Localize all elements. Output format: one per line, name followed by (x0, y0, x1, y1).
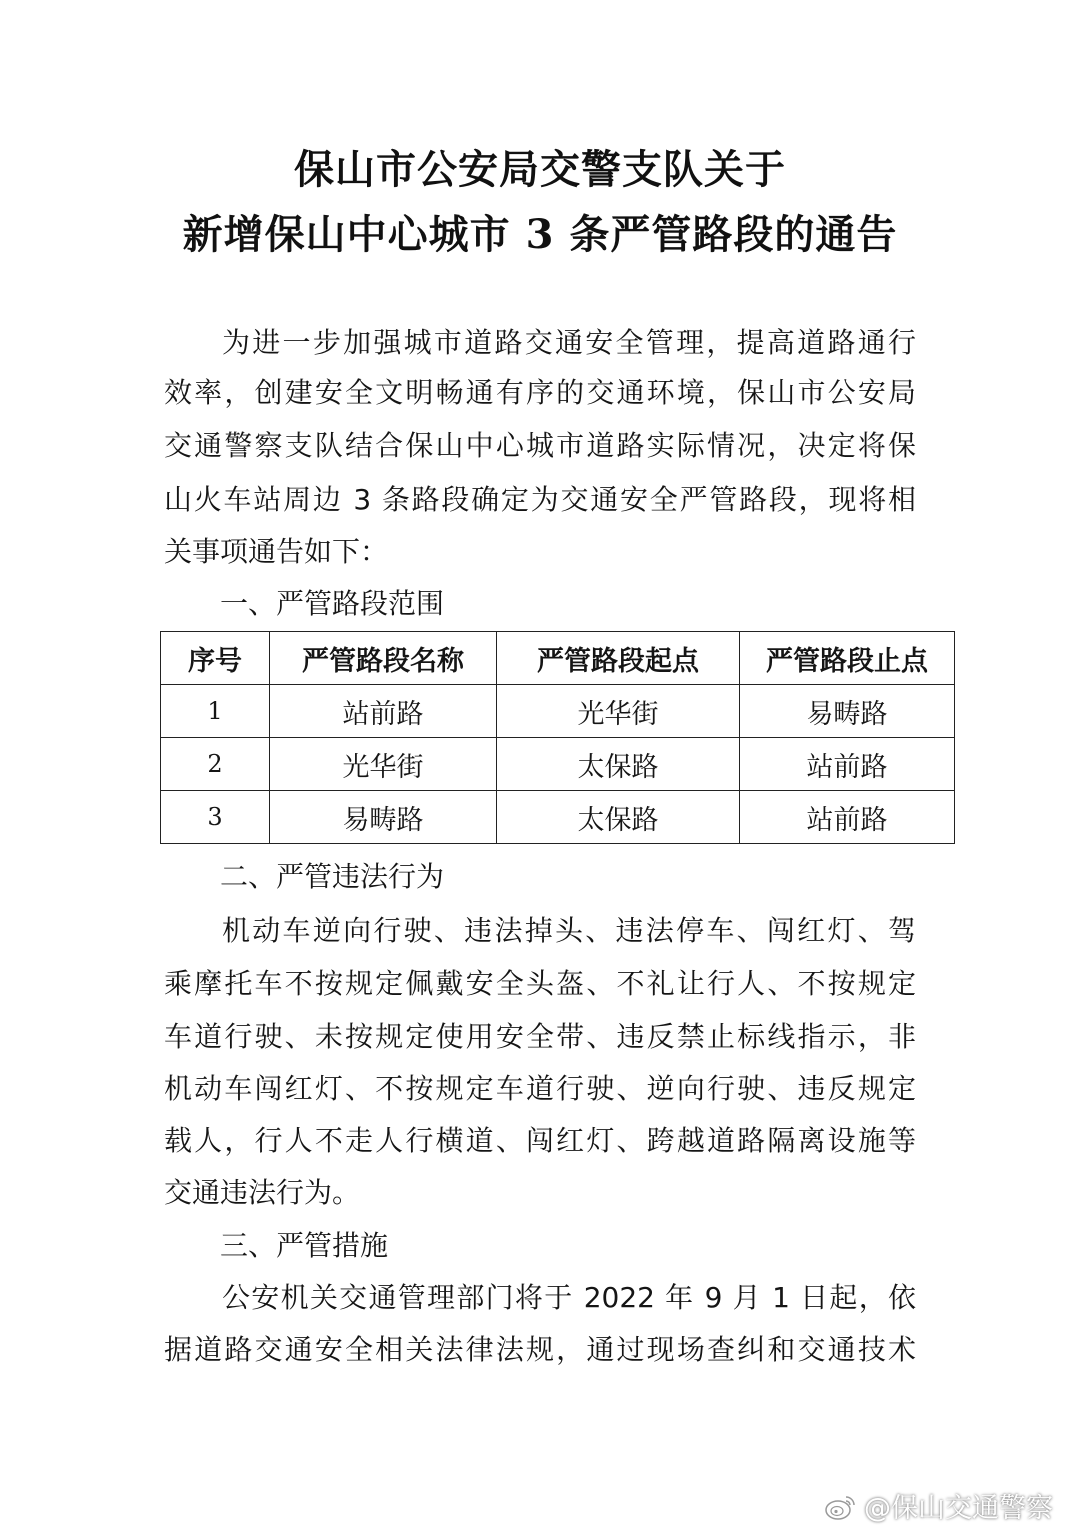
violations-line-1: 机动车逆向行驶、违法掉头、违法停车、闯红灯、驾 (222, 904, 916, 958)
cell-index: 3 (161, 791, 270, 844)
header-start-point: 严管路段起点 (497, 632, 740, 685)
cell-start-point: 太保路 (497, 791, 740, 844)
weibo-watermark: @保山交通警察 (824, 1486, 1053, 1525)
section-2-heading: 二、严管违法行为 (220, 850, 444, 904)
intro-line-1: 为进一步加强城市道路交通安全管理，提高道路通行 (222, 316, 916, 370)
table-row: 2 光华街 太保路 站前路 (161, 738, 955, 791)
header-index: 序号 (161, 632, 270, 685)
table-row: 3 易畴路 太保路 站前路 (161, 791, 955, 844)
cell-start-point: 光华街 (497, 685, 740, 738)
weibo-icon (824, 1491, 858, 1521)
violations-line-4: 机动车闯红灯、不按规定车道行驶、逆向行驶、违反规定 (164, 1062, 916, 1116)
violations-line-3: 车道行驶、未按规定使用安全带、违反禁止标线指示，非 (164, 1010, 916, 1064)
intro-line-5: 关事项通告如下： (164, 525, 916, 579)
header-road-name: 严管路段名称 (270, 632, 497, 685)
violations-line-5: 载人，行人不走人行横道、闯红灯、跨越道路隔离设施等 (164, 1114, 916, 1168)
cell-road-name: 光华街 (270, 738, 497, 791)
section-3-heading: 三、严管措施 (220, 1219, 388, 1273)
cell-end-point: 站前路 (740, 738, 955, 791)
title-line-1: 保山市公安局交警支队关于 (0, 144, 1080, 196)
title-line-2: 新增保山中心城市 3 条严管路段的通告 (0, 209, 1080, 261)
cell-index: 2 (161, 738, 270, 791)
intro-line-4: 山火车站周边 3 条路段确定为交通安全严管路段，现将相 (164, 473, 916, 527)
cell-road-name: 易畴路 (270, 791, 497, 844)
cell-index: 1 (161, 685, 270, 738)
intro-line-3: 交通警察支队结合保山中心城市道路实际情况，决定将保 (164, 419, 916, 473)
cell-end-point: 易畴路 (740, 685, 955, 738)
section-1-heading: 一、严管路段范围 (220, 577, 444, 631)
cell-end-point: 站前路 (740, 791, 955, 844)
violations-line-6: 交通违法行为。 (164, 1166, 916, 1220)
cell-road-name: 站前路 (270, 685, 497, 738)
watermark-text: @保山交通警察 (864, 1486, 1053, 1525)
measures-line-2: 据道路交通安全相关法律法规，通过现场查纠和交通技术 (164, 1323, 916, 1377)
violations-line-2: 乘摩托车不按规定佩戴安全头盔、不礼让行人、不按规定 (164, 957, 916, 1011)
cell-start-point: 太保路 (497, 738, 740, 791)
header-end-point: 严管路段止点 (740, 632, 955, 685)
strict-roads-table: 序号 严管路段名称 严管路段起点 严管路段止点 1 站前路 光华街 易畴路 2 … (160, 631, 955, 844)
notice-page: 保山市公安局交警支队关于 新增保山中心城市 3 条严管路段的通告 为进一步加强城… (0, 0, 1080, 1527)
table-row: 1 站前路 光华街 易畴路 (161, 685, 955, 738)
measures-line-1: 公安机关交通管理部门将于 2022 年 9 月 1 日起，依 (222, 1271, 916, 1325)
intro-line-2: 效率，创建安全文明畅通有序的交通环境，保山市公安局 (164, 366, 916, 420)
table-header-row: 序号 严管路段名称 严管路段起点 严管路段止点 (161, 632, 955, 685)
